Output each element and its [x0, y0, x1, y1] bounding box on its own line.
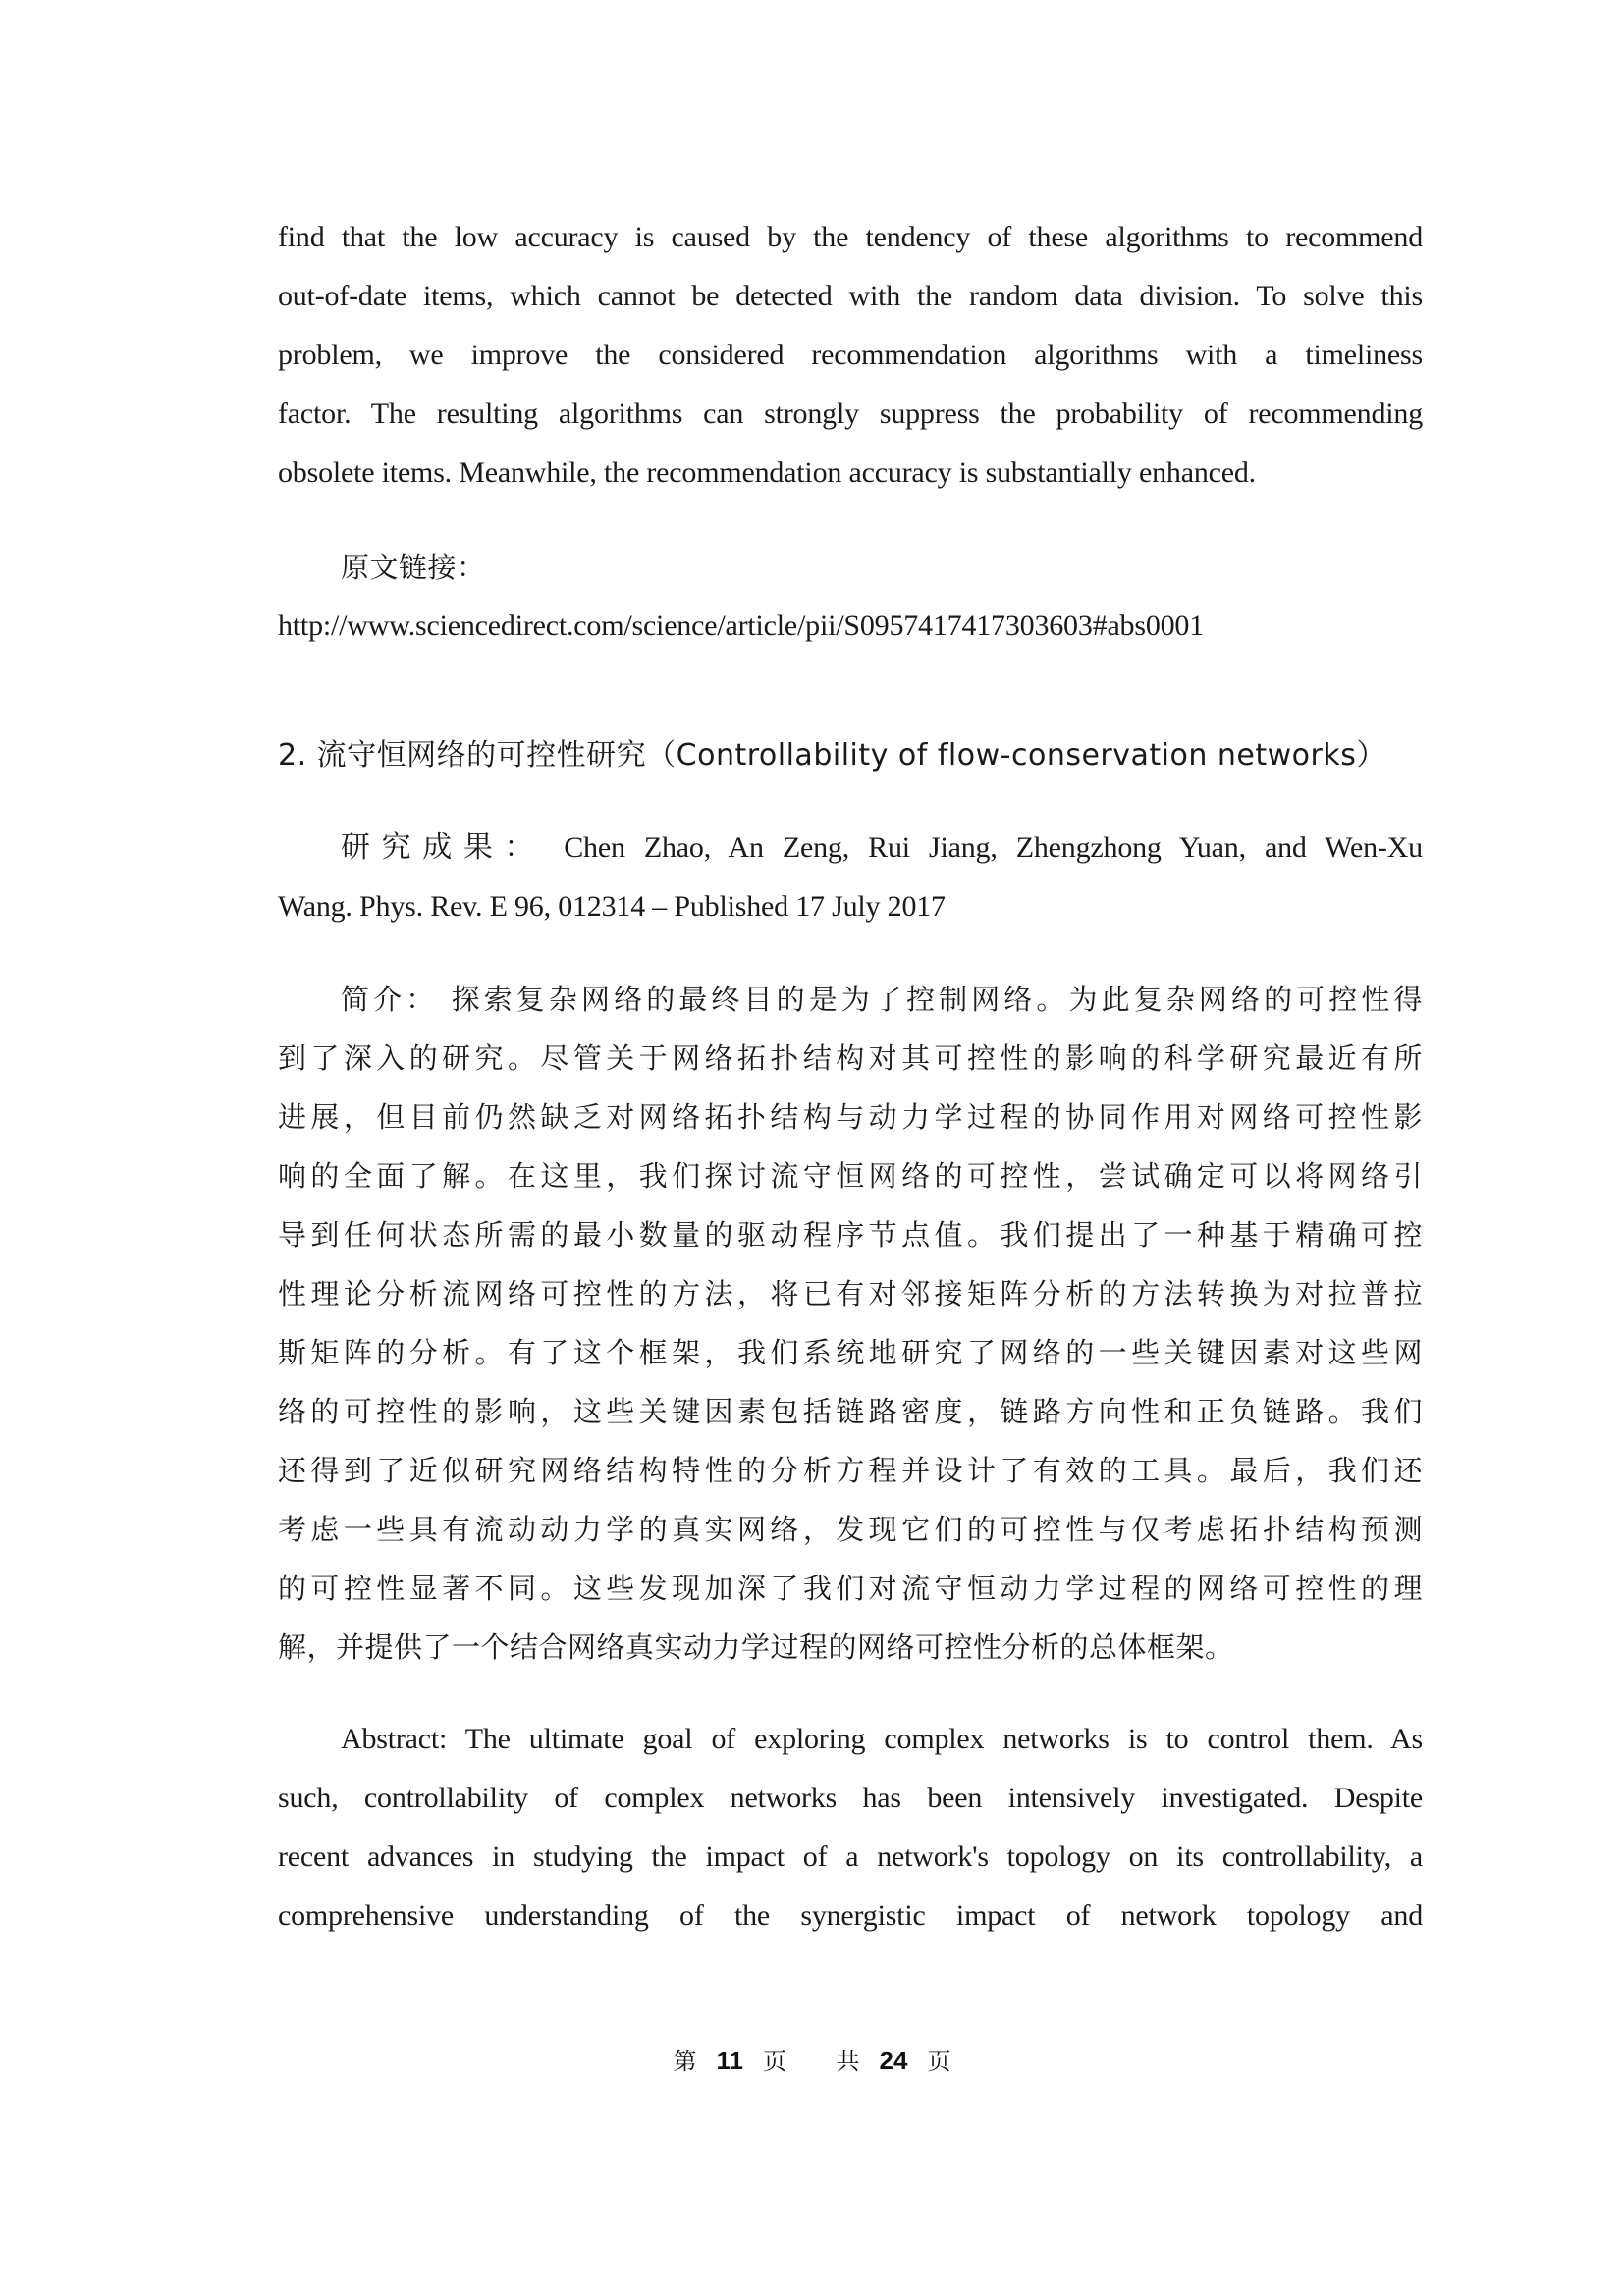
intro-line: 络的可控性的影响，这些关键因素包括链路密度，链路方向性和正负链路。我们 [278, 1382, 1423, 1441]
original-link-label: 原文链接： [278, 538, 1423, 597]
document-page: find that the low accuracy is caused by … [278, 208, 1423, 1946]
intro-line: 解，并提供了一个结合网络真实动力学过程的网络可控性分析的总体框架。 [278, 1618, 1423, 1677]
intro-line: 到了深入的研究。尽管关于网络拓扑结构对其可控性的影响的科学研究最近有所 [278, 1029, 1423, 1088]
text-line: factor. The resulting algorithms can str… [278, 385, 1423, 444]
abstract-line: comprehensive understanding of the syner… [278, 1887, 1423, 1946]
page-footer: 第11页 共24页 [0, 2042, 1624, 2076]
text-line: out-of-date items, which cannot be detec… [278, 267, 1423, 326]
citation-line: Wang. Phys. Rev. E 96, 012314 – Publishe… [278, 878, 1423, 936]
footer-page-word: 页 [763, 2048, 786, 2075]
original-link-url[interactable]: http://www.sciencedirect.com/science/art… [278, 597, 1423, 656]
intro-line: 还得到了近似研究网络结构特性的分析方程并设计了有效的工具。最后，我们还 [278, 1441, 1423, 1500]
english-abstract-block: Abstract: The ultimate goal of exploring… [278, 1710, 1423, 1946]
intro-line: 响的全面了解。在这里，我们探讨流守恒网络的可控性，尝试确定可以将网络引 [278, 1147, 1423, 1205]
previous-abstract-tail: find that the low accuracy is caused by … [278, 208, 1423, 503]
footer-total-suffix: 页 [927, 2048, 950, 2075]
abstract-line: recent advances in studying the impact o… [278, 1828, 1423, 1887]
intro-line: 考虑一些具有流动动力学的真实网络，发现它们的可控性与仅考虑拓扑结构预测 [278, 1500, 1423, 1559]
chinese-intro-block: 简介： 探索复杂网络的最终目的是为了控制网络。为此复杂网络的可控性得 到了深入的… [278, 970, 1423, 1677]
intro-line: 的可控性显著不同。这些发现加深了我们对流守恒动力学过程的网络可控性的理 [278, 1559, 1423, 1618]
text-line: find that the low accuracy is caused by … [278, 208, 1423, 267]
footer-total-prefix: 共 [837, 2048, 860, 2075]
footer-prefix: 第 [674, 2048, 697, 2075]
intro-line: 性理论分析流网络可控性的方法，将已有对邻接矩阵分析的方法转换为对拉普拉 [278, 1264, 1423, 1323]
abstract-line: such, controllability of complex network… [278, 1769, 1423, 1828]
original-link-block: 原文链接： http://www.sciencedirect.com/scien… [278, 538, 1423, 656]
intro-line: 进展，但目前仍然缺乏对网络拓扑结构与动力学过程的协同作用对网络可控性影 [278, 1088, 1423, 1147]
intro-line: 简介： 探索复杂网络的最终目的是为了控制网络。为此复杂网络的可控性得 [278, 970, 1423, 1029]
abstract-line: Abstract: The ultimate goal of exploring… [278, 1710, 1423, 1769]
text-line: problem, we improve the considered recom… [278, 326, 1423, 385]
total-page-count: 24 [880, 2046, 908, 2075]
intro-line: 斯矩阵的分析。有了这个框架，我们系统地研究了网络的一些关键因素对这些网 [278, 1323, 1423, 1382]
citation-line: 研究成果： Chen Zhao, An Zeng, Rui Jiang, Zhe… [278, 819, 1423, 878]
intro-line: 导到任何状态所需的最小数量的驱动程序节点值。我们提出了一种基于精确可控 [278, 1205, 1423, 1264]
current-page-number: 11 [717, 2046, 744, 2075]
section-heading: 2. 流守恒网络的可控性研究（Controllability of flow-c… [278, 726, 1423, 785]
research-result-block: 研究成果： Chen Zhao, An Zeng, Rui Jiang, Zhe… [278, 819, 1423, 936]
text-line: obsolete items. Meanwhile, the recommend… [278, 444, 1423, 503]
